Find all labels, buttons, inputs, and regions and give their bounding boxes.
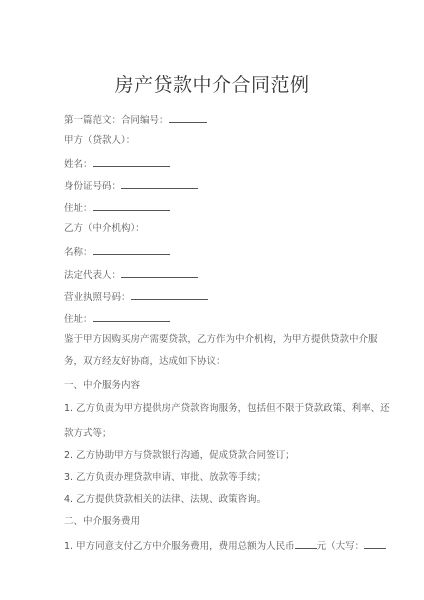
document-line: 1. 甲方同意支付乙方中介服务费用，费用总额为人民币元（大写： — [64, 539, 386, 553]
document-line: 营业执照号码： — [64, 290, 208, 304]
fill-in-blank[interactable] — [93, 245, 170, 255]
line-text: 鉴于甲方因购买房产需要贷款，乙方作为中介机构，为甲方提供贷款中介服 — [64, 334, 378, 345]
line-text: 务，双方经友好协商，达成如下协议： — [64, 356, 226, 367]
document-line: 1. 乙方负责为甲方提供房产贷款咨询服务，包括但不限于贷款政策、利率、还 — [64, 403, 390, 415]
document-title: 房产贷款中介合同范例 — [0, 70, 424, 97]
fill-in-blank[interactable] — [364, 539, 386, 549]
line-text: 住址： — [64, 203, 93, 214]
document-line: 身份证号码： — [64, 179, 198, 193]
document-line: 名称： — [64, 245, 170, 259]
line-text: 姓名： — [64, 159, 93, 170]
line-text: 第一篇范文：合同编号： — [64, 115, 169, 126]
line-text: 二、中介服务费用 — [64, 516, 140, 527]
line-text: 名称： — [64, 247, 93, 258]
line-text: 1. 甲方同意支付乙方中介服务费用，费用总额为人民币 — [64, 541, 295, 552]
fill-in-blank[interactable] — [131, 290, 208, 300]
document-line: 姓名： — [64, 157, 170, 171]
document-line: 2. 乙方协助甲方与贷款银行沟通，促成贷款合同签订； — [64, 450, 295, 462]
line-text: 甲方（贷款人）： — [64, 135, 135, 146]
line-text: 乙方（中介机构）： — [64, 223, 145, 234]
line-text-after: 元（大写： — [317, 541, 365, 552]
line-text: 1. 乙方负责为甲方提供房产贷款咨询服务，包括但不限于贷款政策、利率、还 — [64, 403, 390, 414]
document-line: 乙方（中介机构）： — [64, 223, 145, 235]
document-line: 一、中介服务内容 — [64, 380, 140, 392]
line-text: 2. 乙方协助甲方与贷款银行沟通，促成贷款合同签订； — [64, 450, 295, 461]
line-text: 法定代表人： — [64, 270, 121, 281]
fill-in-blank[interactable] — [93, 312, 170, 322]
line-text: 一、中介服务内容 — [64, 380, 140, 391]
document-line: 二、中介服务费用 — [64, 516, 140, 528]
fill-in-blank[interactable] — [93, 157, 170, 167]
document-line: 甲方（贷款人）： — [64, 135, 135, 147]
fill-in-blank[interactable] — [93, 201, 170, 211]
document-line: 法定代表人： — [64, 268, 198, 282]
document-line: 住址： — [64, 201, 170, 215]
line-text: 4. 乙方提供贷款相关的法律、法规、政策咨询。 — [64, 494, 266, 505]
document-line: 务，双方经友好协商，达成如下协议： — [64, 356, 226, 368]
document-line: 款方式等； — [64, 428, 112, 440]
document-line: 第一篇范文：合同编号： — [64, 113, 207, 127]
document-line: 住址： — [64, 312, 170, 326]
fill-in-blank[interactable] — [169, 113, 207, 123]
line-text: 住址： — [64, 314, 93, 325]
document-line: 4. 乙方提供贷款相关的法律、法规、政策咨询。 — [64, 494, 266, 506]
document-line: 鉴于甲方因购买房产需要贷款，乙方作为中介机构，为甲方提供贷款中介服 — [64, 334, 378, 346]
line-text: 营业执照号码： — [64, 292, 131, 303]
line-text: 身份证号码： — [64, 181, 121, 192]
document-page: 房产贷款中介合同范例 第一篇范文：合同编号：甲方（贷款人）：姓名：身份证号码：住… — [0, 0, 424, 600]
fill-in-blank[interactable] — [121, 179, 198, 189]
fill-in-blank[interactable] — [121, 268, 198, 278]
line-text: 款方式等； — [64, 428, 112, 439]
document-line: 3. 乙方负责办理贷款申请、审批、放款等手续； — [64, 472, 266, 484]
line-text: 3. 乙方负责办理贷款申请、审批、放款等手续； — [64, 472, 266, 483]
fill-in-blank[interactable] — [295, 539, 317, 549]
